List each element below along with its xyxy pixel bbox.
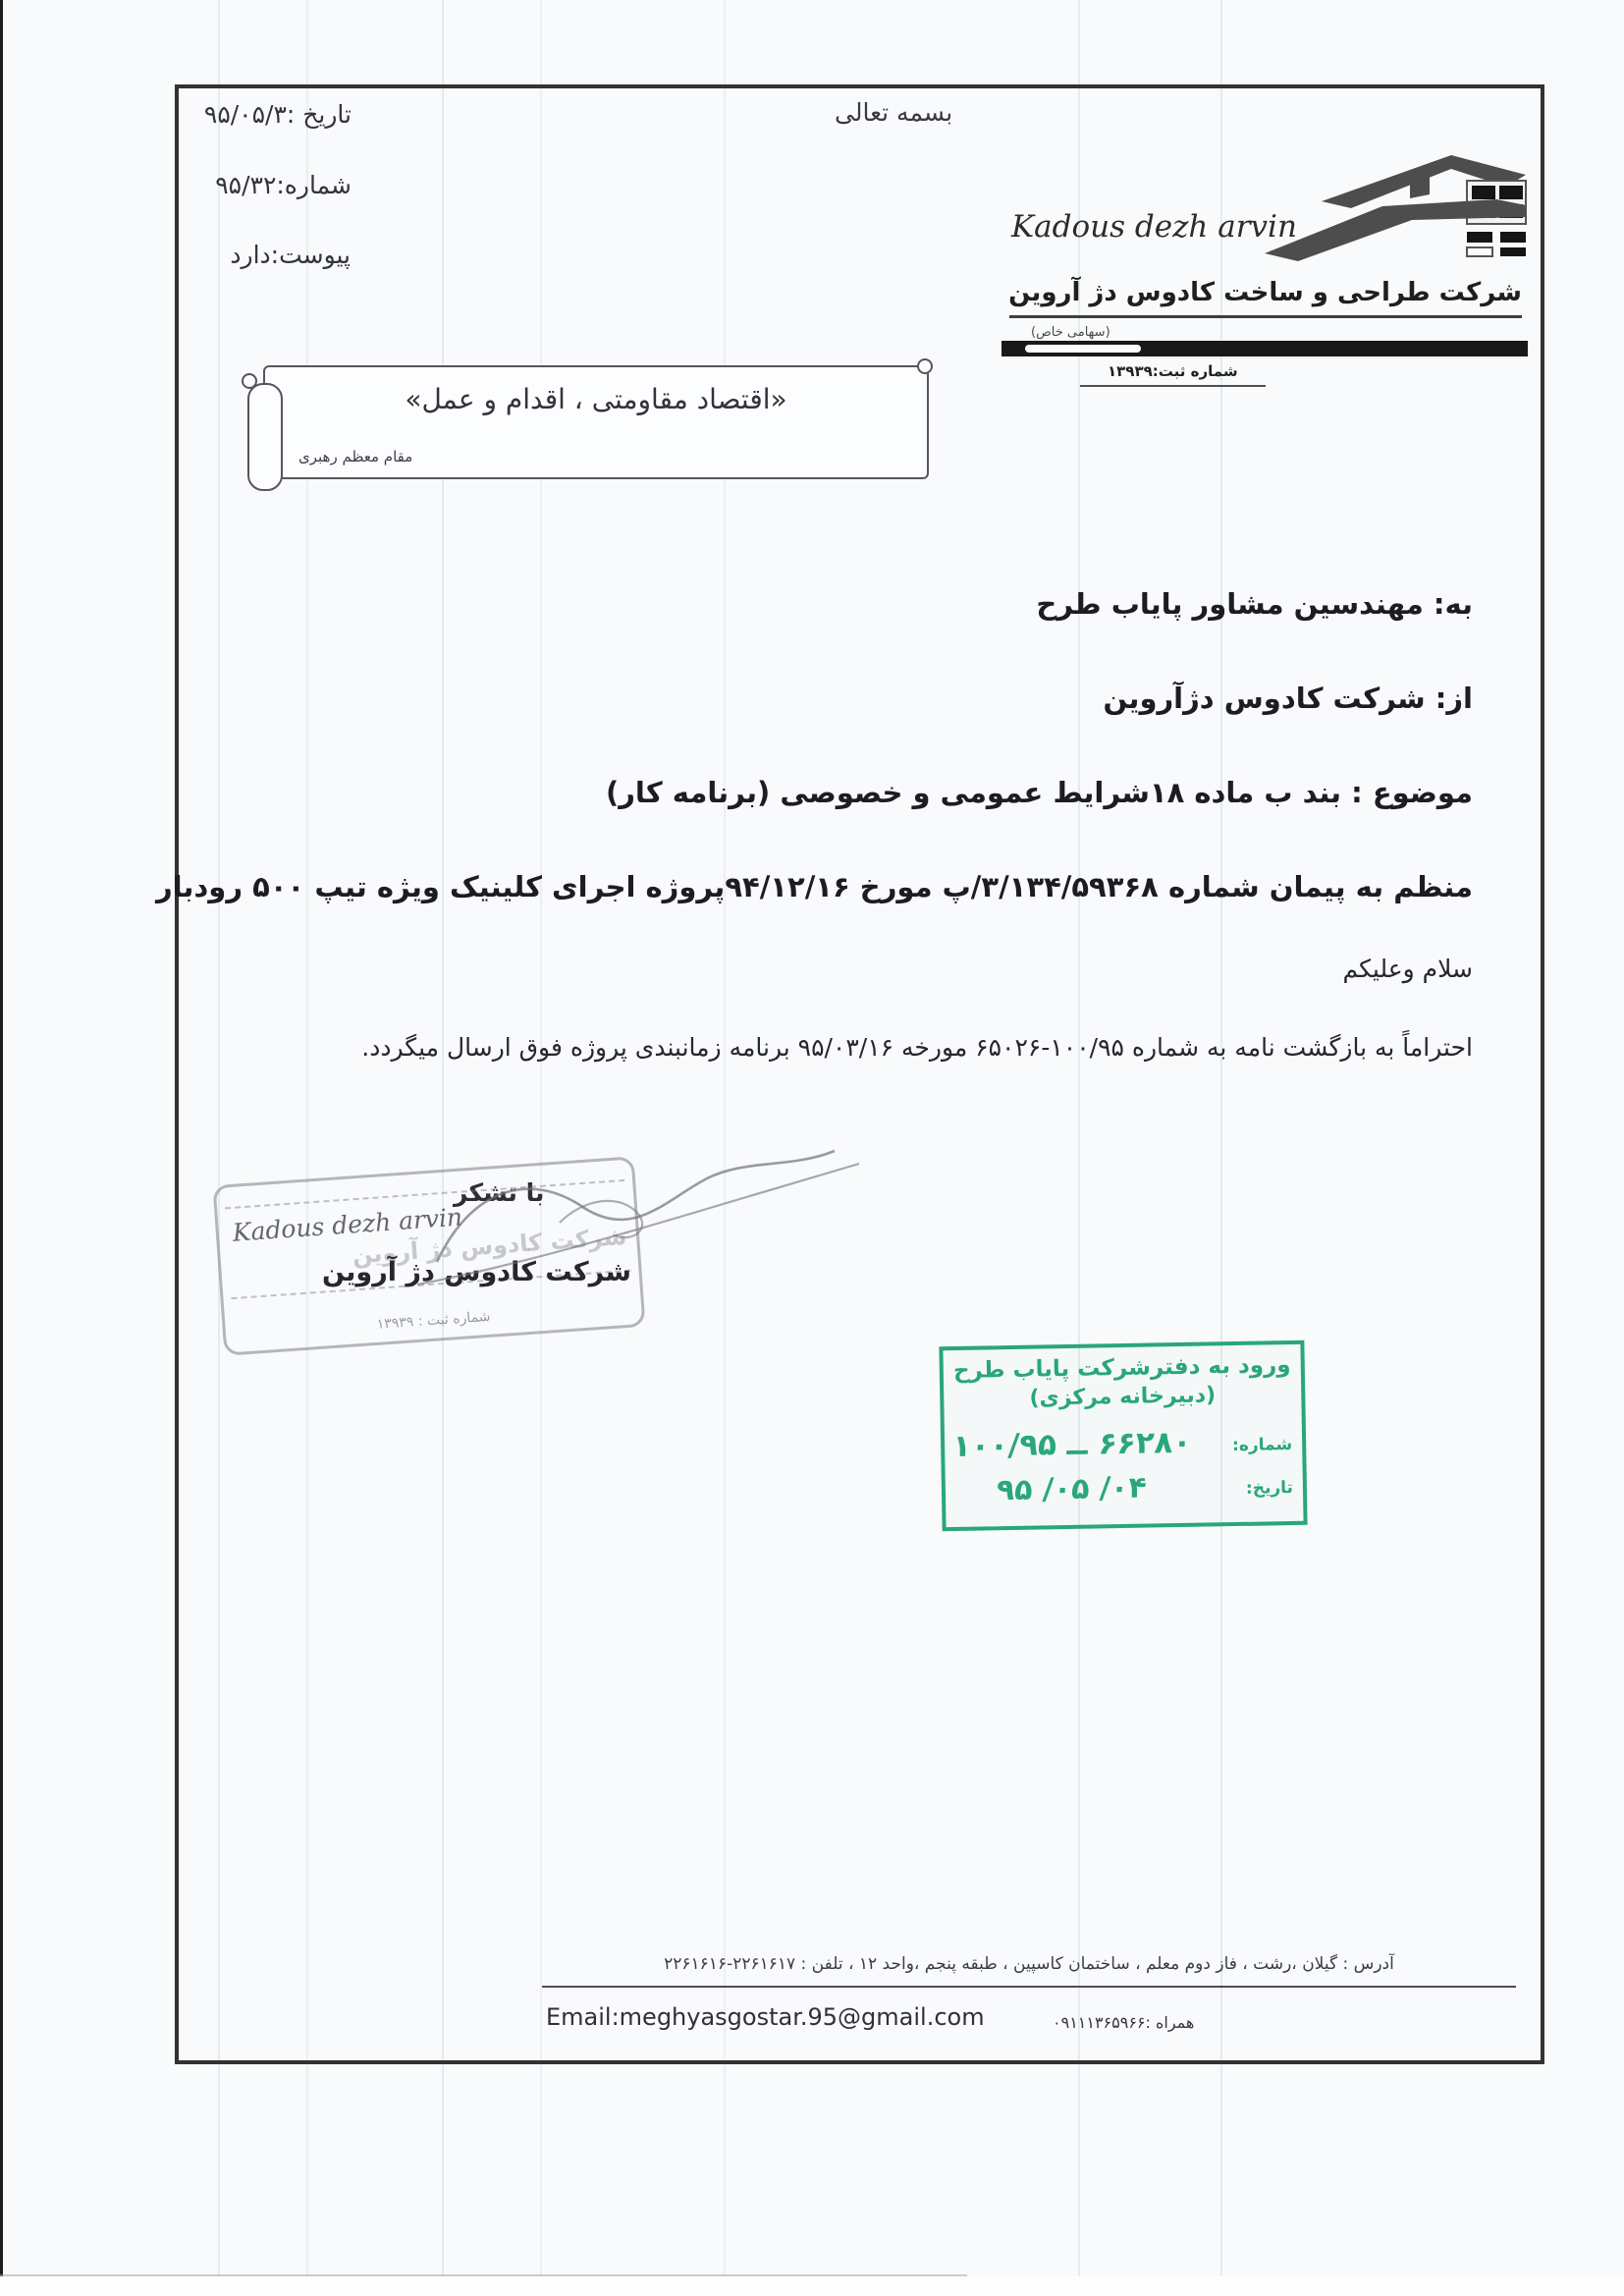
letter-to-line: به: مهندسین مشاور پایاب طرح	[1036, 587, 1473, 621]
footer-email: Email:meghyasgostar.95@gmail.com	[546, 2003, 985, 2031]
signature-scribble-icon	[412, 1129, 874, 1306]
registration-number: شماره ثبت:۱۳۹۳۹	[1080, 362, 1266, 387]
salutation-line: سلام وعلیکم	[1342, 955, 1473, 983]
letterhead-bar-highlight	[1025, 345, 1141, 353]
company-name-latin: Kadous dezh arvin	[1011, 209, 1297, 245]
scanner-edge-shadow	[0, 0, 3, 2296]
scanner-background-band	[0, 2276, 1624, 2296]
date-field: تاریخ :۹۵/۰۵/۳	[204, 100, 352, 129]
scroll-curl-icon	[247, 383, 283, 491]
footer-address: آدرس : گیلان ،رشت ، فاز دوم معلم ، ساختم…	[542, 1954, 1516, 1988]
receipt-stamp-subtitle: (دبیرخانه مرکزی)	[944, 1382, 1301, 1412]
body-paragraph: احتراماً به بازگشت نامه به شماره ۱۰۰/۹۵-…	[361, 1033, 1473, 1062]
receipt-number-label: شماره:	[1232, 1435, 1292, 1455]
receipt-date-value: ۹۵ /۰۵ /۰۴	[996, 1471, 1147, 1508]
receipt-number-value: ۱۰۰/۹۵ ــ ۶۶۲۸۰	[951, 1425, 1192, 1464]
scroll-curl-icon	[242, 373, 257, 389]
letter-subject-line: موضوع : بند ب ماده ۱۸شرایط عمومی و خصوصی…	[606, 776, 1473, 809]
letter-contract-line: منظم به پیمان شماره ۳/۱۳۴/۵۹۳۶۸/پ مورخ ۹…	[156, 870, 1473, 903]
receipt-date-label: تاریخ:	[1246, 1478, 1293, 1499]
receipt-stamp: ورود به دفترشرکت پایاب طرح (دبیرخانه مرک…	[939, 1340, 1307, 1531]
letter-from-line: از: شرکت کادوس دژآروین	[1103, 682, 1473, 715]
building-logo-icon	[1265, 145, 1528, 265]
number-field: شماره:۹۵/۳۲	[215, 171, 352, 199]
slogan-attribution: مقام معظم رهبری	[298, 448, 412, 465]
receipt-stamp-title: ورود به دفترشرکت پایاب طرح	[944, 1352, 1301, 1384]
scanned-letter-page: تاریخ :۹۵/۰۵/۳ شماره:۹۵/۳۲ پیوست:دارد بس…	[0, 0, 1624, 2296]
scroll-curl-icon	[917, 358, 933, 374]
footer-mobile: همراه :۰۹۱۱۱۳۶۵۹۶۶	[1053, 2013, 1194, 2032]
bismillah-text: بسمه تعالی	[835, 98, 952, 127]
company-type-label: (سهامی خاص)	[1031, 325, 1110, 340]
letterhead-bar	[1001, 341, 1528, 356]
slogan-banner: «اقتصاد مقاومتی ، اقدام و عمل» مقام معظم…	[263, 365, 929, 479]
company-name-persian: شرکت طراحی و ساخت کادوس دژ آروین	[1009, 278, 1522, 318]
slogan-text: «اقتصاد مقاومتی ، اقدام و عمل»	[265, 367, 927, 415]
attachment-field: پیوست:دارد	[230, 241, 351, 269]
